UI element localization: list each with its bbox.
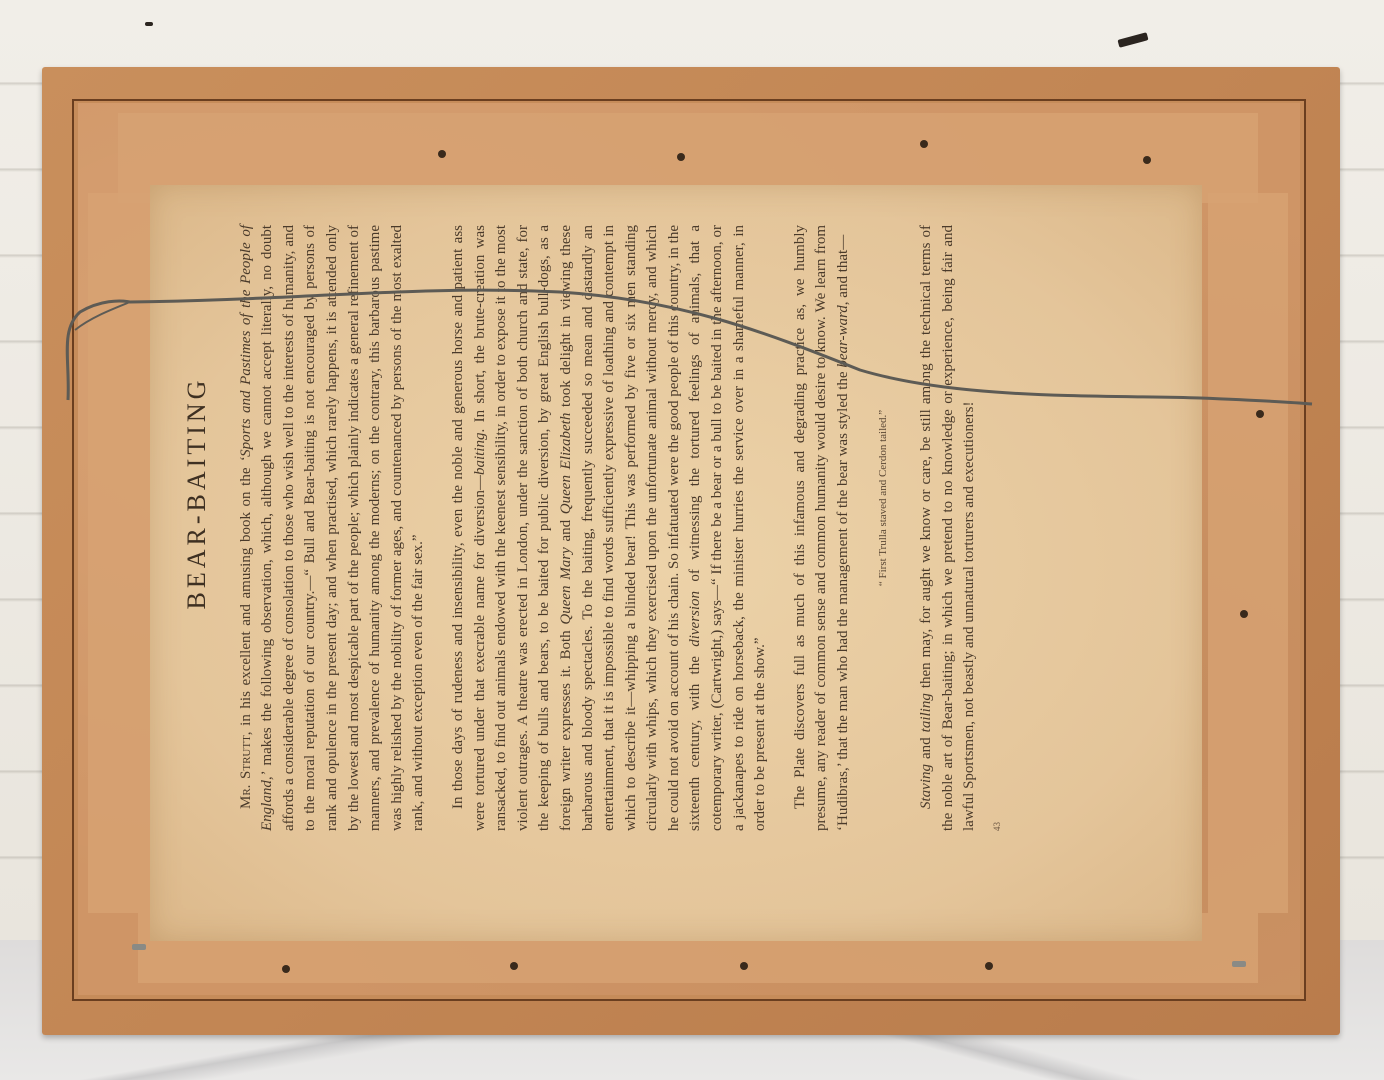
torn-paper-tape — [1208, 193, 1288, 913]
text: , in his excellent and amusing book on t… — [238, 462, 254, 735]
text: , and that— — [835, 235, 851, 305]
page-title: BEAR-BAITING — [186, 225, 208, 831]
wall-stain — [1117, 32, 1148, 47]
nail-icon — [438, 150, 446, 158]
italic-name: Queen Mary — [558, 547, 574, 624]
nail-icon — [1256, 410, 1264, 418]
hudibras-quote: “ First Trulla staved and Cerdon tailed.… — [873, 225, 895, 831]
text: makes the following observation, which, … — [259, 225, 426, 831]
nail-icon — [740, 962, 748, 970]
author-name: Mr. Strutt — [238, 735, 254, 809]
paragraph-rudeness: In those days of rudeness and insensibil… — [448, 225, 772, 831]
italic-term: Staving — [918, 764, 934, 809]
text: took delight in viewing these barbarous … — [558, 225, 704, 831]
wall-stain — [145, 22, 153, 26]
screw-eye-icon — [132, 944, 146, 950]
nail-icon — [985, 962, 993, 970]
page-number: 43 — [987, 225, 1009, 831]
nail-icon — [677, 153, 685, 161]
nail-icon — [1143, 156, 1151, 164]
page-content: BEAR-BAITING Mr. Strutt, in his excellen… — [150, 185, 1202, 941]
italic-name: Queen Elizabeth — [558, 413, 574, 515]
paragraph-plate: The Plate discovers full as much of this… — [790, 225, 855, 831]
italic-term: baiting — [472, 433, 488, 476]
text: and — [918, 732, 934, 764]
italic-term: bear-ward — [835, 305, 851, 367]
paragraph-strutt: Mr. Strutt, in his excellent and amusing… — [236, 225, 430, 831]
nail-icon — [1240, 610, 1248, 618]
text: and — [558, 514, 574, 547]
printed-page: BEAR-BAITING Mr. Strutt, in his excellen… — [150, 185, 1202, 941]
screw-eye-icon — [1232, 961, 1246, 967]
italic-term: tailing — [918, 693, 934, 732]
nail-icon — [282, 965, 290, 973]
nail-icon — [510, 962, 518, 970]
paragraph-closing: Staving and tailing then may, for aught … — [916, 225, 981, 831]
nail-icon — [920, 140, 928, 148]
italic-term: diversion — [687, 591, 703, 647]
